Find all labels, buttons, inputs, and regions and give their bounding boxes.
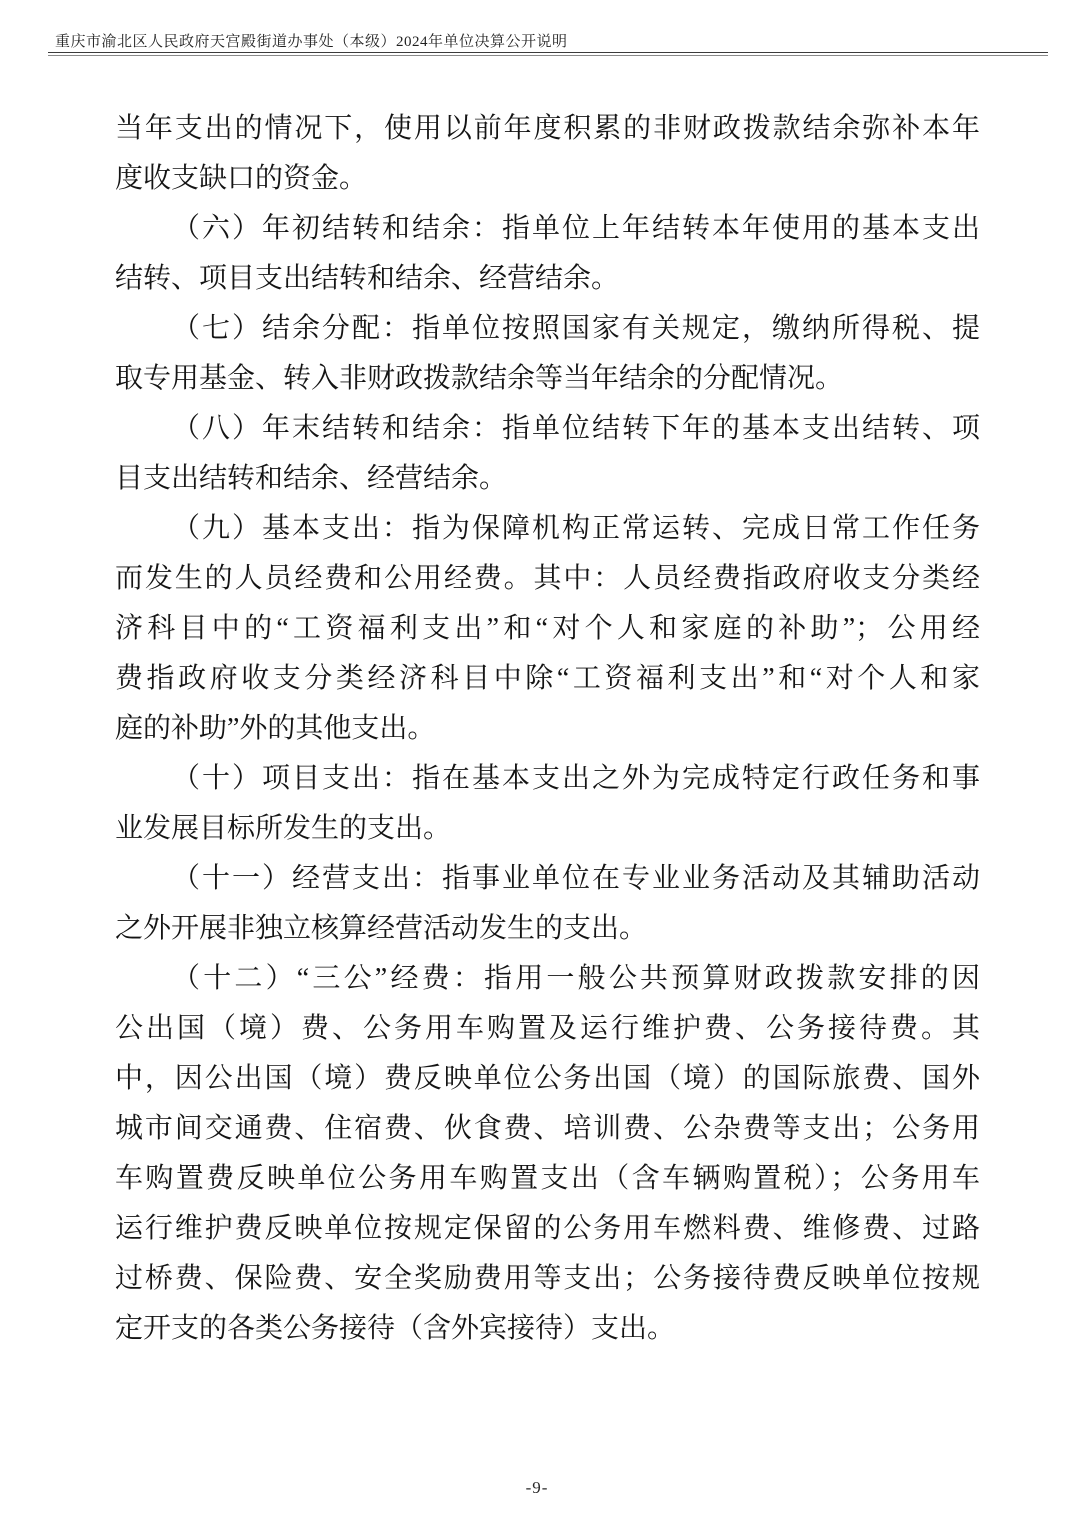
document-body: 当年支出的情况下，使用以前年度积累的非财政拨款结余弥补本年度收支缺口的资金。（六… — [115, 104, 980, 1354]
text-line: （九）基本支出：指为保障机构正常运转、完成日常工作任务 — [115, 504, 980, 554]
text-line: （七）结余分配：指单位按照国家有关规定，缴纳所得税、提 — [115, 304, 980, 354]
text-line: 庭的补助”外的其他支出。 — [115, 704, 980, 754]
header-title: 重庆市渝北区人民政府天宫殿街道办事处（本级）2024年单位决算公开说明 — [55, 30, 568, 51]
text-line: 结转、项目支出结转和结余、经营结余。 — [115, 254, 980, 304]
text-line: 之外开展非独立核算经营活动发生的支出。 — [115, 904, 980, 954]
text-line: （八）年末结转和结余：指单位结转下年的基本支出结转、项 — [115, 404, 980, 454]
text-line: 取专用基金、转入非财政拨款结余等当年结余的分配情况。 — [115, 354, 980, 404]
header-rule — [48, 52, 1048, 56]
text-line: （六）年初结转和结余：指单位上年结转本年使用的基本支出 — [115, 204, 980, 254]
text-line: （十二）“三公”经费：指用一般公共预算财政拨款安排的因 — [115, 954, 980, 1004]
page-number: -9- — [0, 1478, 1074, 1498]
text-line: 度收支缺口的资金。 — [115, 154, 980, 204]
text-line: 车购置费反映单位公务用车购置支出（含车辆购置税）；公务用车 — [115, 1154, 980, 1204]
text-line: 目支出结转和结余、经营结余。 — [115, 454, 980, 504]
text-line: 城市间交通费、住宿费、伙食费、培训费、公杂费等支出；公务用 — [115, 1104, 980, 1154]
text-line: （十）项目支出：指在基本支出之外为完成特定行政任务和事 — [115, 754, 980, 804]
text-line: 定开支的各类公务接待（含外宾接待）支出。 — [115, 1304, 980, 1354]
text-line: 公出国（境）费、公务用车购置及运行维护费、公务接待费。其 — [115, 1004, 980, 1054]
text-line: （十一）经营支出：指事业单位在专业业务活动及其辅助活动 — [115, 854, 980, 904]
text-line: 过桥费、保险费、安全奖励费用等支出；公务接待费反映单位按规 — [115, 1254, 980, 1304]
text-line: 济科目中的“工资福利支出”和“对个人和家庭的补助”；公用经 — [115, 604, 980, 654]
text-line: 费指政府收支分类经济科目中除“工资福利支出”和“对个人和家 — [115, 654, 980, 704]
text-line: 运行维护费反映单位按规定保留的公务用车燃料费、维修费、过路 — [115, 1204, 980, 1254]
document-page: 重庆市渝北区人民政府天宫殿街道办事处（本级）2024年单位决算公开说明 当年支出… — [0, 0, 1074, 1520]
text-line: 中，因公出国（境）费反映单位公务出国（境）的国际旅费、国外 — [115, 1054, 980, 1104]
text-line: 业发展目标所发生的支出。 — [115, 804, 980, 854]
text-line: 而发生的人员经费和公用经费。其中：人员经费指政府收支分类经 — [115, 554, 980, 604]
text-line: 当年支出的情况下，使用以前年度积累的非财政拨款结余弥补本年 — [115, 104, 980, 154]
